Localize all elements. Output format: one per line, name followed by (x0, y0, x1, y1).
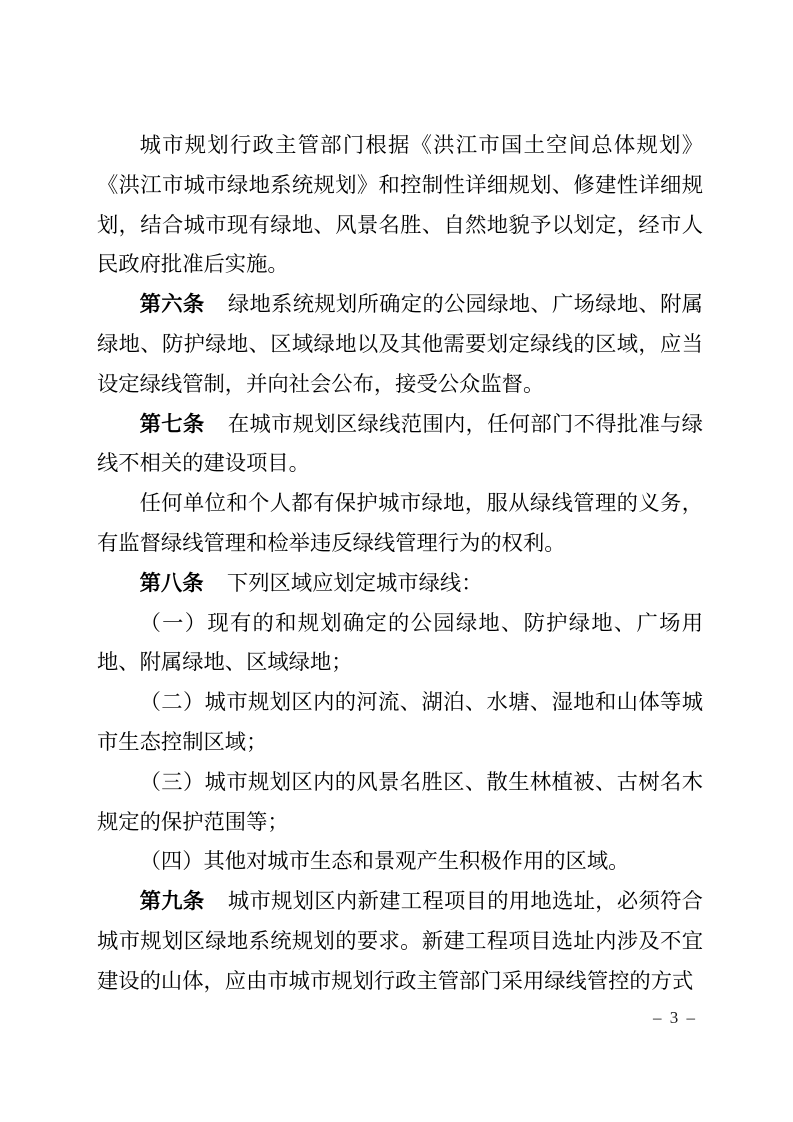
article-number: 第九条 (140, 889, 205, 913)
document-body: 城市规划行政主管部门根据《洪江市国土空间总体规划》《洪江市城市绿地系统规划》和控… (97, 126, 703, 1002)
paragraph-text: （二）城市规划区内的河流、湖泊、水塘、湿地和山体等城市生态控制区域； (97, 690, 703, 754)
article-number: 第七条 (140, 412, 205, 436)
article-number: 第六条 (140, 292, 205, 316)
paragraph-text: 任何单位和个人都有保护城市绿地，服从绿线管理的义务，有监督绿线管理和检举违反绿线… (97, 491, 703, 555)
paragraph-text: （一）现有的和规划确定的公园绿地、防护绿地、广场用地、附属绿地、区域绿地； (97, 611, 703, 675)
paragraph-text: （三）城市规划区内的风景名胜区、散生林植被、古树名木规定的保护范围等； (97, 770, 703, 834)
page-number: – 3 – (653, 1008, 697, 1028)
paragraph: （三）城市规划区内的风景名胜区、散生林植被、古树名木规定的保护范围等； (97, 763, 703, 843)
paragraph: 第八条下列区域应划定城市绿线： (97, 564, 703, 604)
paragraph: （二）城市规划区内的河流、湖泊、水塘、湿地和山体等城市生态控制区域； (97, 683, 703, 763)
paragraph: 第六条绿地系统规划所确定的公园绿地、广场绿地、附属绿地、防护绿地、区域绿地以及其… (97, 285, 703, 404)
paragraph: 城市规划行政主管部门根据《洪江市国土空间总体规划》《洪江市城市绿地系统规划》和控… (97, 126, 703, 285)
document-page: 城市规划行政主管部门根据《洪江市国土空间总体规划》《洪江市城市绿地系统规划》和控… (0, 0, 793, 1122)
paragraph: 第九条城市规划区内新建工程项目的用地选址，必须符合城市规划区绿地系统规划的要求。… (97, 882, 703, 1001)
paragraph: （一）现有的和规划确定的公园绿地、防护绿地、广场用地、附属绿地、区域绿地； (97, 604, 703, 684)
paragraph-text: 城市规划行政主管部门根据《洪江市国土空间总体规划》《洪江市城市绿地系统规划》和控… (97, 133, 703, 276)
paragraph: 第七条在城市规划区绿线范围内，任何部门不得批准与绿线不相关的建设项目。 (97, 405, 703, 485)
paragraph: （四）其他对城市生态和景观产生积极作用的区域。 (97, 842, 703, 882)
paragraph-text: 下列区域应划定城市绿线： (227, 571, 483, 595)
paragraph: 任何单位和个人都有保护城市绿地，服从绿线管理的义务，有监督绿线管理和检举违反绿线… (97, 484, 703, 564)
paragraph-text: （四）其他对城市生态和景观产生积极作用的区域。 (140, 849, 630, 873)
article-number: 第八条 (140, 571, 204, 595)
